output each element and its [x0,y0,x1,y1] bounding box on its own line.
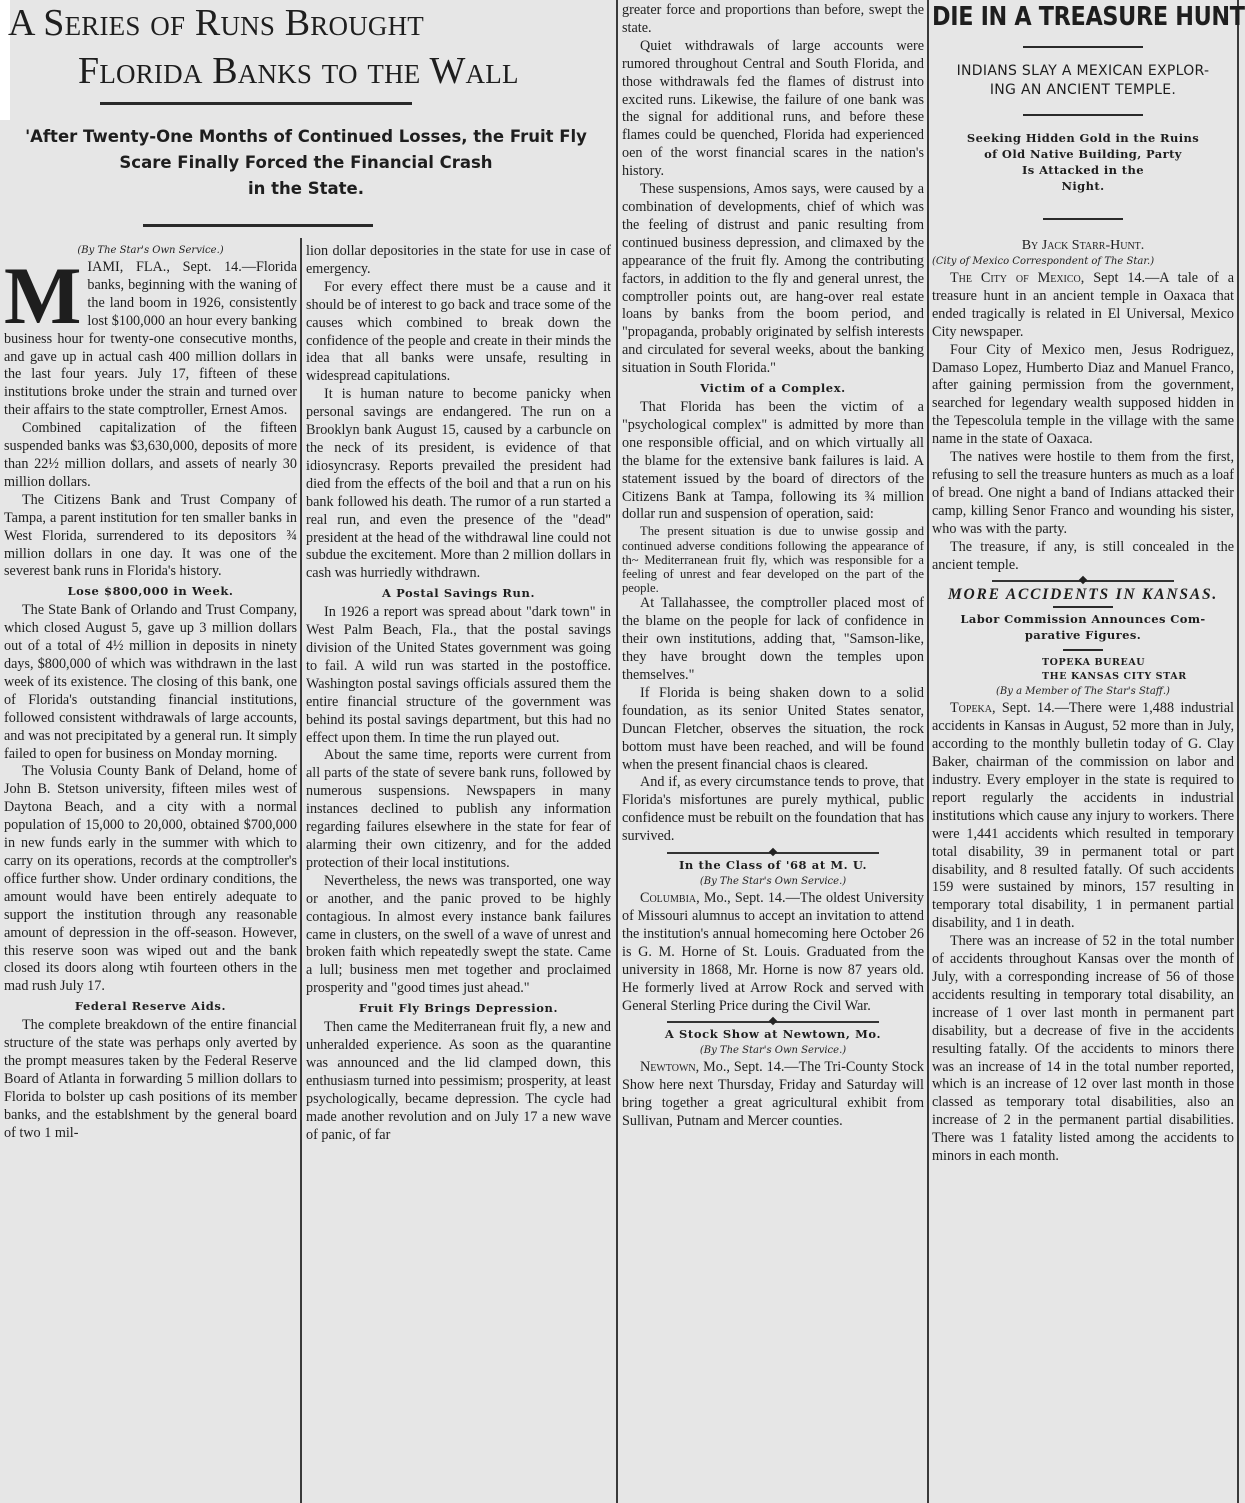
headline-line-1: A Series of Runs Brought [8,0,424,46]
byline-rule [1043,218,1123,220]
section-divider [667,852,878,854]
column-rule [300,238,302,1503]
paragraph: In 1926 a report was spread about "dark … [306,604,611,747]
deck-line-1: 'After Twenty-One Months of Continued Lo… [0,124,612,150]
deck-line: Labor Commission Announces Com- [932,611,1234,627]
treasure-hunt-headline: DIE IN A TREASURE HUNT [932,2,1235,32]
stock-show-body: Newtown, Mo., Sept. 14.—The Tri-County S… [622,1059,924,1131]
paragraph: If Florida is being shaken down to a sol… [622,685,924,775]
bureau-line: THE KANSAS CITY STAR [1042,670,1234,684]
paragraph: At Tallahassee, the comptroller placed m… [622,595,924,685]
section-divider [992,580,1173,582]
subhead: Federal Reserve Aids. [4,999,297,1013]
kansas-headline: MORE ACCIDENTS IN KANSAS. [932,586,1234,604]
headline-rule [100,102,412,105]
subhead: Lose $800,000 in Week. [4,584,297,598]
diamond-ornament [1079,576,1087,584]
kansas-deck: Labor Commission Announces Com- parative… [932,611,1234,643]
paragraph: Four City of Mexico men, Jesus Rodriguez… [932,342,1234,449]
column-rule [1237,0,1239,1503]
service-credit: (By The Star's Own Service.) [622,1045,924,1056]
paragraph: Then came the Mediterranean fruit fly, a… [306,1019,611,1144]
paragraph: For every effect there must be a cause a… [306,279,611,386]
deck-line: of Old Native Building, Party [932,146,1234,162]
headline-rule [1053,606,1113,608]
paragraph: There was an increase of 52 in the total… [932,933,1234,1166]
paragraph: That Florida has been the victim of a "p… [622,399,924,524]
drop-cap: M [4,263,81,329]
class-of-68-body: Columbia, Mo., Sept. 14.—The oldest Univ… [622,890,924,1015]
quoted-statement: The present situation is due to unwise g… [622,524,924,595]
staff-credit: (By a Member of The Star's Staff.) [932,686,1234,697]
treasure-hunt-subdeck: Seeking Hidden Gold in the Ruins of Old … [932,130,1234,194]
column-2: lion dollar depositories in the state fo… [306,243,611,1503]
paragraph: About the same time, reports were curren… [306,747,611,872]
column-1: (By The Star's Own Service.) MIAMI, FLA.… [4,243,297,1503]
kansas-paragraph: Topeka, Sept. 14.—There were 1,488 indus… [932,700,1234,933]
paragraph: lion dollar depositories in the state fo… [306,243,611,279]
paragraph: The treasure, if any, is still concealed… [932,539,1234,575]
column-4: DIE IN A TREASURE HUNT INDIANS SLAY A ME… [932,0,1234,1503]
deck-rule [1023,114,1143,116]
class-of-68-headline: In the Class of '68 at M. U. [622,858,924,872]
deck-line: Seeking Hidden Gold in the Ruins [932,130,1234,146]
deck-line-3: in the State. [0,176,612,202]
paragraph: The State Bank of Orlando and Trust Comp… [4,602,297,763]
diamond-ornament [769,1017,777,1025]
paragraph: The Citizens Bank and Trust Company of T… [4,492,297,582]
subhead: Fruit Fly Brings Depression. [306,1001,611,1015]
paragraph: The complete breakdown of the entire fin… [4,1017,297,1142]
paragraph: These suspensions, Amos says, were cause… [622,181,924,378]
deck-line: INDIANS SLAY A MEXICAN EXPLOR- [932,62,1234,81]
deck-line: Is Attacked in the [932,162,1234,178]
dateline: Columbia [640,890,696,906]
column-rule [616,0,618,1503]
headline-line-2: Florida Banks to the Wall [78,48,519,94]
paragraph: Nevertheless, the news was transported, … [306,873,611,998]
paragraph: Quiet withdrawals of large accounts were… [622,38,924,181]
treasure-paragraph: The City of Mexico, Sept 14.—A tale of a… [932,270,1234,342]
column-3: greater force and proportions than befor… [622,2,924,1503]
paragraph: greater force and proportions than befor… [622,2,924,38]
body-text: , Sept. 14.—There were 1,488 industrial … [932,700,1234,931]
paragraph: It is human nature to become panicky whe… [306,386,611,583]
subhead: A Postal Savings Run. [306,586,611,600]
headline-rule [1023,46,1143,48]
service-credit: (By The Star's Own Service.) [622,876,924,887]
deck-line: parative Figures. [932,627,1234,643]
dateline: The City of Mexico [950,270,1081,286]
correspondent-credit: (City of Mexico Correspondent of The Sta… [932,256,1234,267]
body-text: , Mo., Sept. 14.—The oldest University o… [622,890,924,1013]
column-rule [927,0,929,1503]
treasure-hunt-deck: INDIANS SLAY A MEXICAN EXPLOR- ING AN AN… [932,62,1234,100]
paragraph: Combined capitalization of the fifteen s… [4,420,297,492]
deck-line: ING AN ANCIENT TEMPLE. [932,81,1234,100]
bureau-line: TOPEKA BUREAU [1042,656,1234,670]
deck-line-2: Scare Finally Forced the Financial Crash [0,150,612,176]
deck-rule [1063,649,1103,651]
section-divider [667,1021,878,1023]
dateline: Newtown [640,1059,696,1075]
deck-line: Night. [932,178,1234,194]
diamond-ornament [769,848,777,856]
main-deck: 'After Twenty-One Months of Continued Lo… [0,124,612,202]
subhead: Victim of a Complex. [622,381,924,395]
paragraph: And if, as every circumstance tends to p… [622,774,924,846]
deck-rule [143,224,373,227]
stock-show-headline: A Stock Show at Newtown, Mo. [622,1027,924,1041]
dateline: Topeka [950,700,992,716]
newspaper-page: A Series of Runs Brought Florida Banks t… [0,0,1245,1503]
lead-paragraph: MIAMI, FLA., Sept. 14.—Florida banks, be… [4,259,297,420]
byline: By Jack Starr-Hunt. [932,238,1234,254]
paragraph: The natives were hostile to them from th… [932,449,1234,539]
paragraph: The Volusia County Bank of Deland, home … [4,763,297,996]
